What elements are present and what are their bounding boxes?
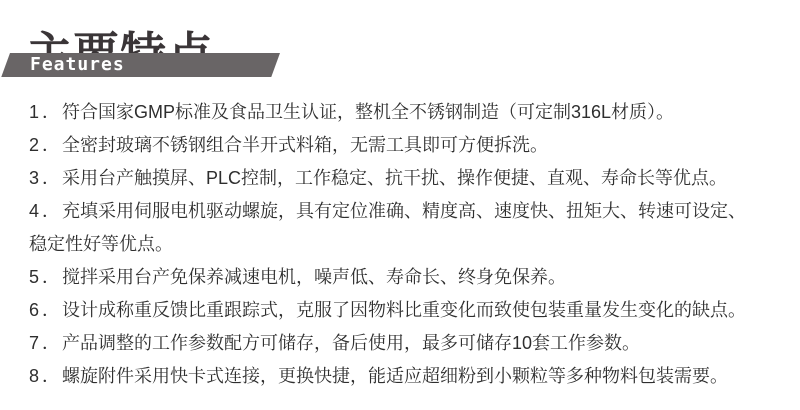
feature-item: 6．设计成称重反馈比重跟踪式，克服了因物料比重变化而致使包装重量发生变化的缺点。 — [29, 294, 791, 327]
feature-text: 螺旋附件采用快卡式连接，更换快捷，能适应超细粉到小颗粒等多种物料包装需要。 — [62, 366, 728, 386]
feature-separator: ． — [42, 294, 60, 327]
feature-item: 7．产品调整的工作参数配方可储存，备后使用，最多可储存10套工作参数。 — [29, 327, 791, 360]
feature-number: 1 — [29, 96, 39, 129]
feature-separator: ． — [42, 96, 60, 129]
feature-text: 搅拌采用台产免保养减速电机，噪声低、寿命长、终身免保养。 — [62, 267, 566, 287]
feature-number: 4 — [29, 195, 39, 228]
feature-text: 设计成称重反馈比重跟踪式，克服了因物料比重变化而致使包装重量发生变化的缺点。 — [62, 300, 746, 320]
feature-number: 5 — [29, 261, 39, 294]
feature-number: 3 — [29, 162, 39, 195]
feature-text: 产品调整的工作参数配方可储存，备后使用，最多可储存10套工作参数。 — [62, 333, 640, 353]
feature-text: 采用台产触摸屏、PLC控制，工作稳定、抗干扰、操作便捷、直观、寿命长等优点。 — [62, 168, 727, 188]
feature-separator: ． — [42, 129, 60, 162]
features-banner: Features — [1, 53, 280, 77]
feature-list: 1．符合国家GMP标准及食品卫生认证，整机全不锈钢制造（可定制316L材质）。 … — [29, 96, 791, 393]
feature-item: 1．符合国家GMP标准及食品卫生认证，整机全不锈钢制造（可定制316L材质）。 — [29, 96, 791, 129]
feature-separator: ． — [42, 195, 60, 228]
feature-text: 符合国家GMP标准及食品卫生认证，整机全不锈钢制造（可定制316L材质）。 — [62, 102, 674, 122]
feature-separator: ． — [42, 327, 60, 360]
feature-separator: ． — [42, 162, 60, 195]
feature-item: 3．采用台产触摸屏、PLC控制，工作稳定、抗干扰、操作便捷、直观、寿命长等优点。 — [29, 162, 791, 195]
feature-separator: ． — [42, 261, 60, 294]
feature-number: 6 — [29, 294, 39, 327]
feature-item: 4．充填采用伺服电机驱动螺旋，具有定位准确、精度高、速度快、扭矩大、转速可设定、… — [29, 195, 791, 261]
feature-separator: ． — [42, 360, 60, 393]
feature-number: 8 — [29, 360, 39, 393]
feature-item: 2．全密封玻璃不锈钢组合半开式料箱，无需工具即可方便拆洗。 — [29, 129, 791, 162]
feature-text: 充填采用伺服电机驱动螺旋，具有定位准确、精度高、速度快、扭矩大、转速可设定、 稳… — [29, 201, 746, 254]
feature-number: 2 — [29, 129, 39, 162]
feature-number: 7 — [29, 327, 39, 360]
feature-text: 全密封玻璃不锈钢组合半开式料箱，无需工具即可方便拆洗。 — [62, 135, 548, 155]
features-banner-label: Features — [10, 53, 280, 77]
feature-item: 5．搅拌采用台产免保养减速电机，噪声低、寿命长、终身免保养。 — [29, 261, 791, 294]
feature-item: 8．螺旋附件采用快卡式连接，更换快捷，能适应超细粉到小颗粒等多种物料包装需要。 — [29, 360, 791, 393]
